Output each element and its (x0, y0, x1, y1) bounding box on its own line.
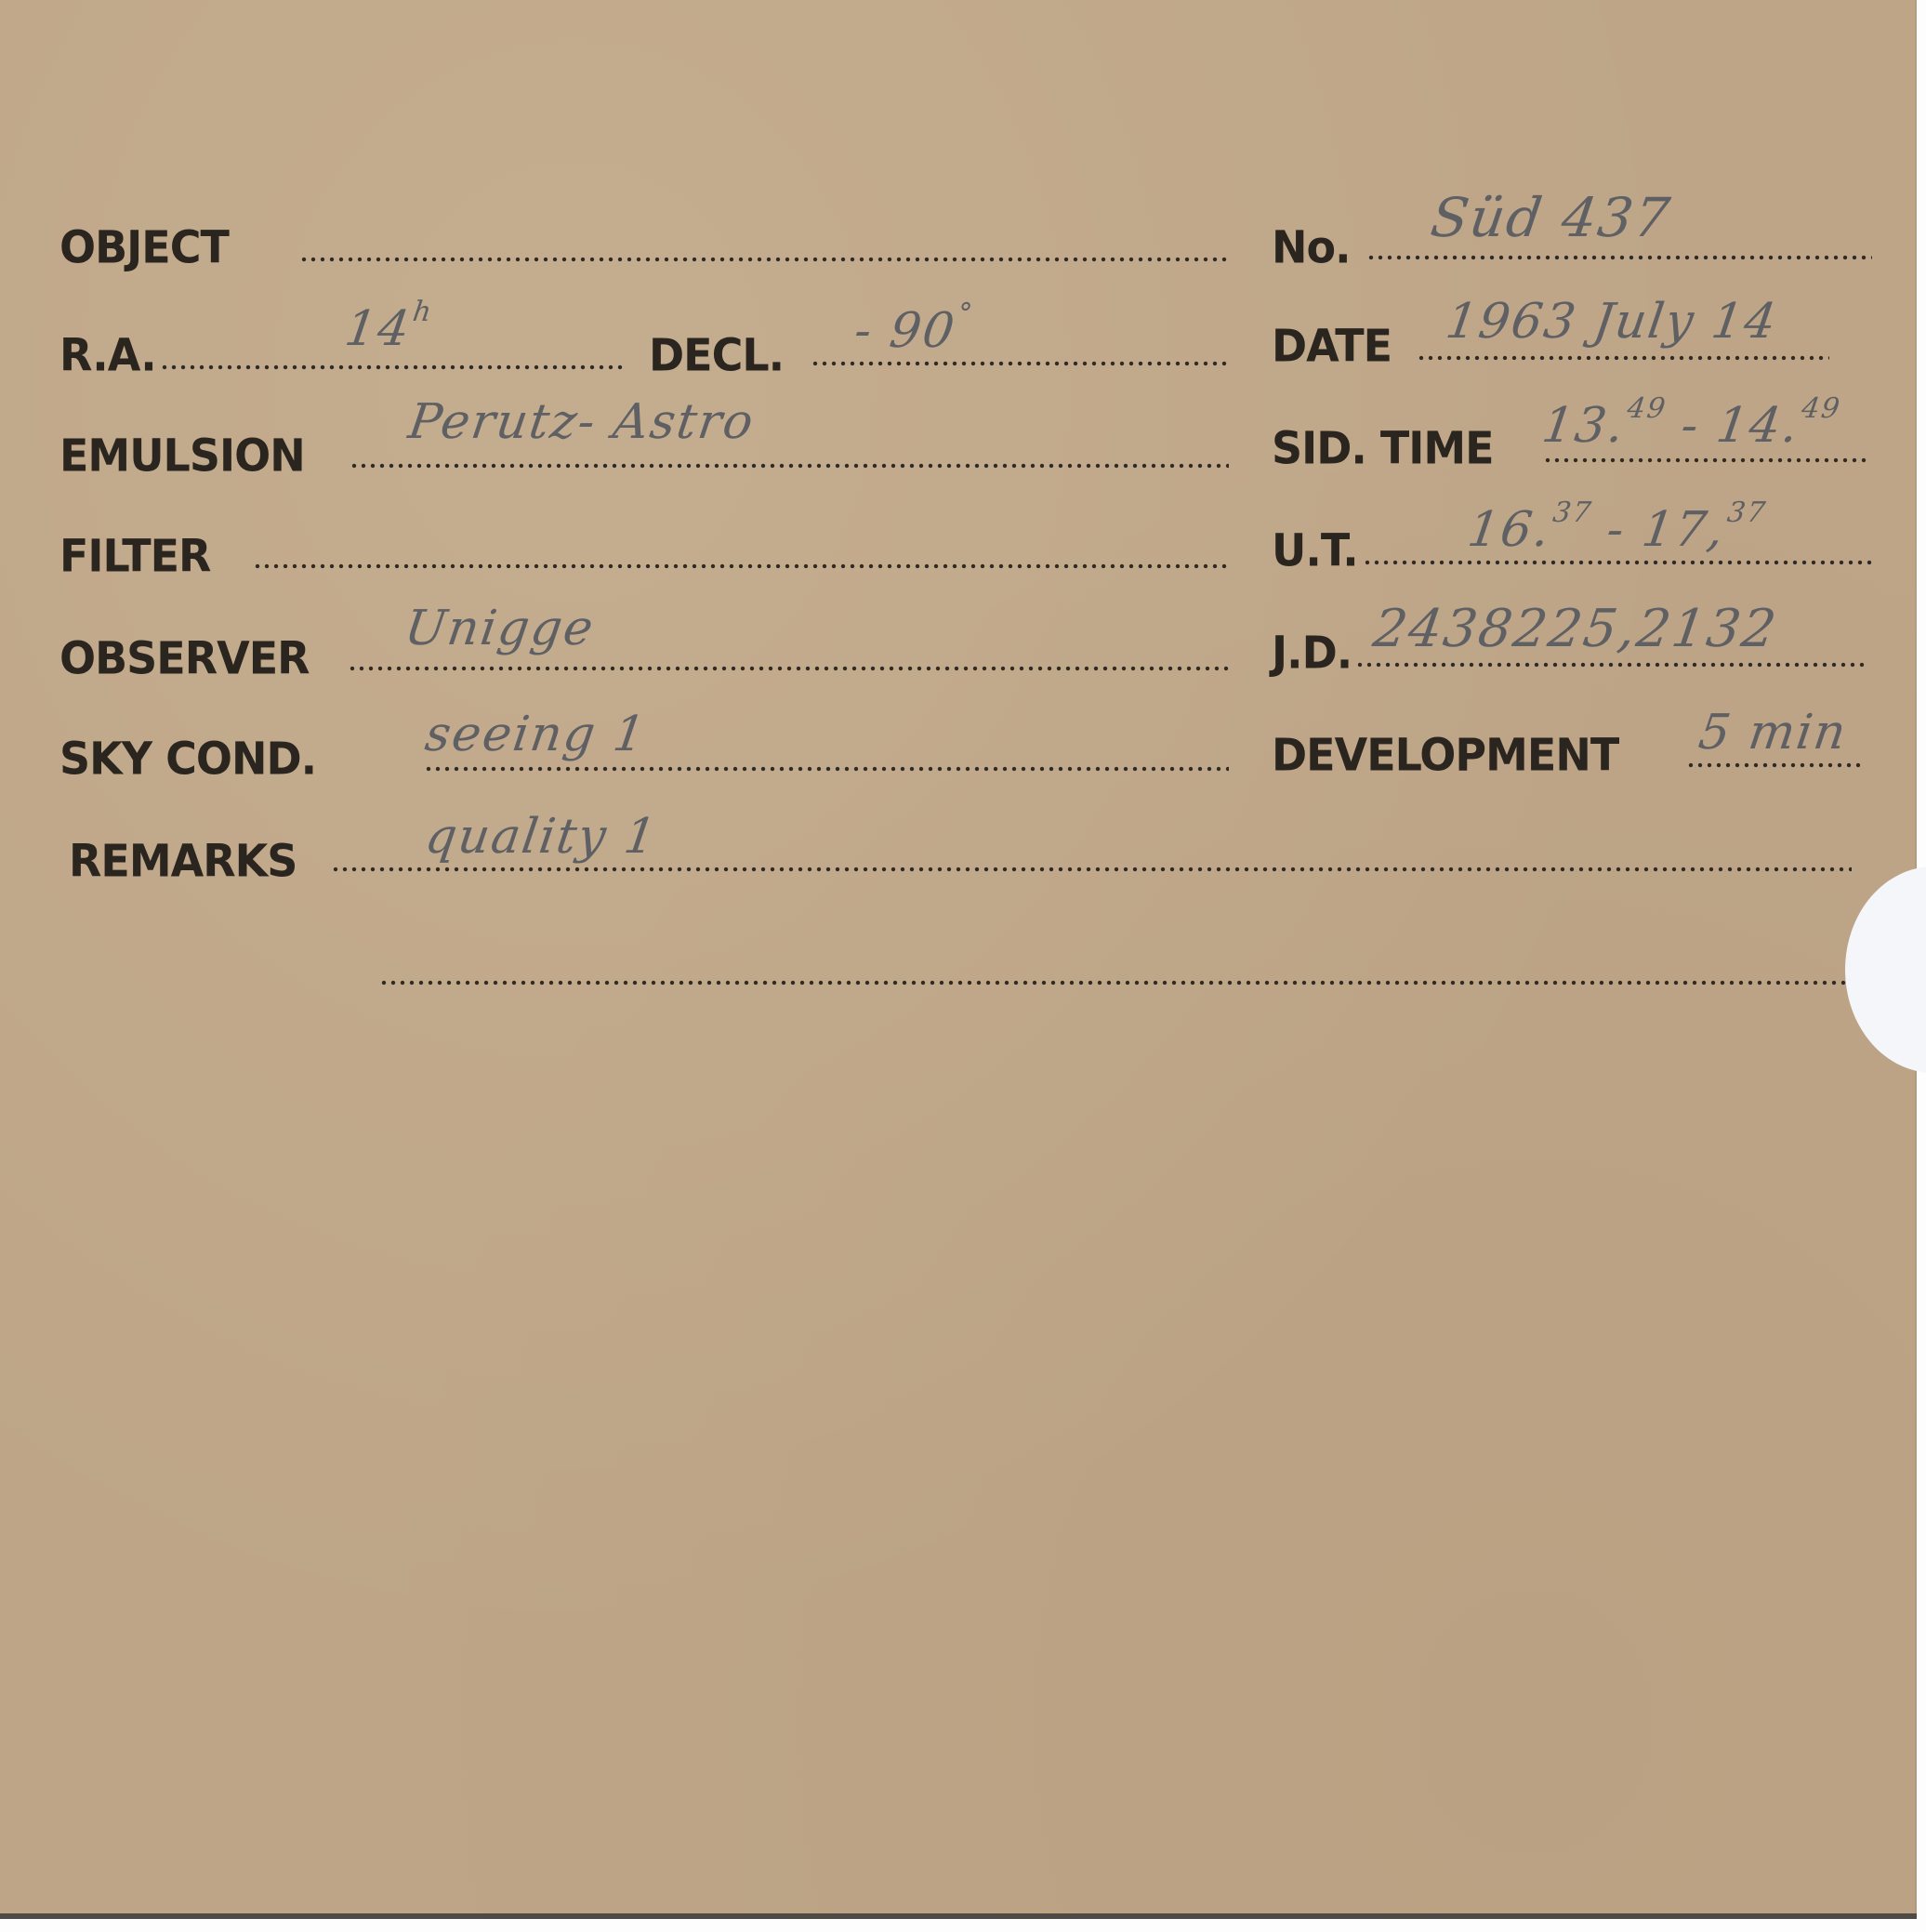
emulsion-field-line (350, 463, 1229, 469)
date-label: DATE (1272, 319, 1392, 372)
filter-label: FILTER (59, 529, 210, 582)
filter-field-line (253, 563, 1229, 569)
sid-time-value: 13.49 - 14.49 (1538, 392, 1843, 454)
ut-label: U.T. (1272, 523, 1358, 576)
observer-label: OBSERVER (59, 631, 310, 684)
ra-field-line (160, 364, 625, 370)
decl-value: - 90° (851, 298, 976, 359)
plate-envelope: OBJECT R.A. 14h DECL. - 90° EMULSION Per… (0, 0, 1917, 1919)
development-field-line (1686, 762, 1863, 768)
jd-value: 2438225,2132 (1369, 599, 1781, 659)
date-field-line (1417, 355, 1829, 361)
development-value: 5 min (1695, 705, 1851, 761)
sid-time-field-line (1543, 457, 1867, 463)
ra-value: 14h (341, 296, 435, 357)
remarks-field-line-2 (379, 980, 1848, 986)
object-label: OBJECT (59, 220, 229, 273)
ra-label: R.A. (59, 328, 156, 381)
sky-cond-field-line (424, 766, 1229, 772)
observer-value: Unigge (402, 601, 599, 656)
no-value: Süd 437 (1427, 186, 1675, 249)
jd-label: J.D. (1272, 626, 1352, 679)
date-value: 1963 July 14 (1443, 294, 1781, 350)
no-field-line (1366, 255, 1872, 260)
object-field-line (299, 257, 1229, 262)
development-label: DEVELOPMENT (1272, 728, 1618, 781)
remarks-field-line (331, 867, 1852, 872)
emulsion-label: EMULSION (59, 429, 305, 482)
observer-field-line (348, 666, 1229, 671)
sid-time-label: SID. TIME (1272, 421, 1494, 474)
jd-field-line (1355, 662, 1868, 668)
decl-field-line (811, 361, 1229, 366)
no-label: No. (1272, 220, 1351, 273)
remarks-value: quality 1 (422, 809, 661, 865)
ut-value: 16.37 - 17,37 (1464, 496, 1769, 558)
remarks-label: REMARKS (69, 834, 297, 887)
sky-cond-value: seeing 1 (422, 707, 651, 762)
sky-cond-label: SKY COND. (59, 732, 316, 785)
decl-label: DECL. (649, 328, 784, 381)
emulsion-value: Perutz- Astro (405, 394, 759, 450)
ut-field-line (1363, 560, 1872, 565)
